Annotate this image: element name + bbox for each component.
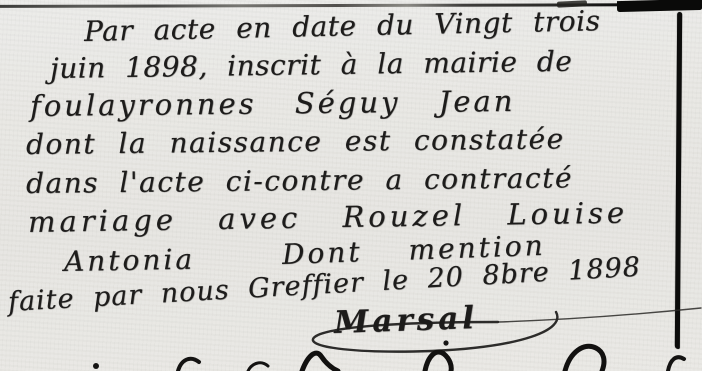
right-margin-rule xyxy=(675,12,682,349)
signature: Marsal xyxy=(333,300,478,341)
scanned-document: Par acte en date du Vingt trois juin 189… xyxy=(0,0,702,371)
handwritten-line-4: dont la naissance est constatée xyxy=(26,122,565,161)
handwritten-line-2: juin 1898, inscrit à la mairie de xyxy=(50,45,573,85)
handwritten-line-5: dans l'acte ci-contre a contracté xyxy=(26,161,573,200)
top-right-ink-blob xyxy=(617,0,702,12)
handwritten-line-3: foulayronnes Séguy Jean xyxy=(30,84,516,123)
handwritten-line-7-left: Antonia xyxy=(64,243,196,278)
handwritten-line-1: Par acte en date du Vingt trois xyxy=(84,4,601,48)
signature-flourish-tail xyxy=(498,308,701,322)
